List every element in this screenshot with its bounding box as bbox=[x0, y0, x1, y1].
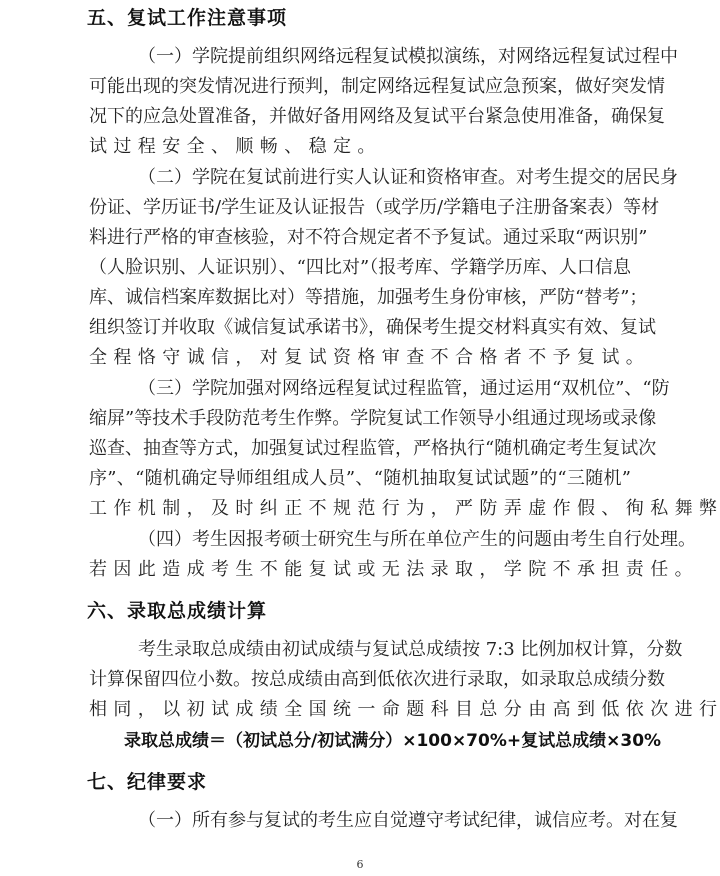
paragraph-line: 库、诚信档案库数据比对）等措施，加强考生身份审核，严防“替考”； bbox=[89, 286, 631, 310]
paragraph-line: 缩屏”等技术手段防范考生作弊。学院复试工作领导小组通过现场或录像 bbox=[89, 407, 631, 431]
paragraph-line: 相同，以初试成绩全国统一命题科目总分由高到低依次进行录取。 bbox=[89, 698, 720, 722]
page-number: 6 bbox=[0, 858, 720, 872]
paragraph-line: （二）学院在复试前进行实人认证和资格审查。对考生提交的居民身 bbox=[138, 166, 631, 190]
paragraph-line: 若因此造成考生不能复试或无法录取，学院不承担责任。 bbox=[89, 558, 699, 582]
paragraph-line: 可能出现的突发情况进行预判，制定网络远程复试应急预案，做好突发情 bbox=[89, 75, 631, 99]
paragraph-line: 序”、“随机确定导师组组成人员”、“随机抽取复试试题”的“三随机” bbox=[89, 467, 631, 491]
section-heading-5: 五、复试工作注意事项 bbox=[87, 6, 287, 30]
paragraph-line: （一）所有参与复试的考生应自觉遵守考试纪律，诚信应考。对在复 bbox=[138, 809, 631, 833]
paragraph-line: 全程恪守诚信，对复试资格审查不合格者不予复试。 bbox=[89, 346, 650, 370]
paragraph-line: 巡查、抽查等方式，加强复试过程监管，严格执行“随机确定考生复试次 bbox=[89, 437, 631, 461]
section-heading-6: 六、录取总成绩计算 bbox=[87, 599, 267, 623]
paragraph-line: 试过程安全、顺畅、稳定。 bbox=[89, 135, 382, 159]
score-formula: 录取总成绩＝（初试总分/初试满分）×100×70%+复试总成绩×30% bbox=[124, 729, 631, 753]
paragraph-line: 组织签订并收取《诚信复试承诺书》，确保考生提交材料真实有效、复试 bbox=[89, 316, 631, 340]
paragraph-line: 料进行严格的审查核验，对不符合规定者不予复试。通过采取“两识别” bbox=[89, 226, 631, 250]
paragraph-line: 工作机制，及时纠正不规范行为，严防弄虚作假、徇私舞弊。 bbox=[89, 497, 720, 521]
section-heading-7: 七、纪律要求 bbox=[87, 770, 207, 794]
paragraph-line: 份证、学历证书/学生证及认证报告（或学历/学籍电子注册备案表）等材 bbox=[89, 196, 631, 220]
paragraph-line: 况下的应急处置准备，并做好备用网络及复试平台紧急使用准备，确保复 bbox=[89, 105, 631, 129]
document-page: 五、复试工作注意事项 （一）学院提前组织网络远程复试模拟演练，对网络远程复试过程… bbox=[0, 0, 720, 876]
paragraph-line: （一）学院提前组织网络远程复试模拟演练，对网络远程复试过程中 bbox=[138, 45, 631, 69]
paragraph-line: 计算保留四位小数。按总成绩由高到低依次进行录取，如录取总成绩分数 bbox=[89, 668, 631, 692]
paragraph-line: （四）考生因报考硕士研究生与所在单位产生的问题由考生自行处理。 bbox=[138, 528, 631, 552]
paragraph-line: （人脸识别、人证识别）、“四比对”（报考库、学籍学历库、人口信息 bbox=[89, 256, 631, 280]
paragraph-line: 考生录取总成绩由初试成绩与复试总成绩按 7:3 比例加权计算，分数 bbox=[138, 638, 631, 662]
paragraph-line: （三）学院加强对网络远程复试过程监管，通过运用“双机位”、“防 bbox=[138, 377, 631, 401]
